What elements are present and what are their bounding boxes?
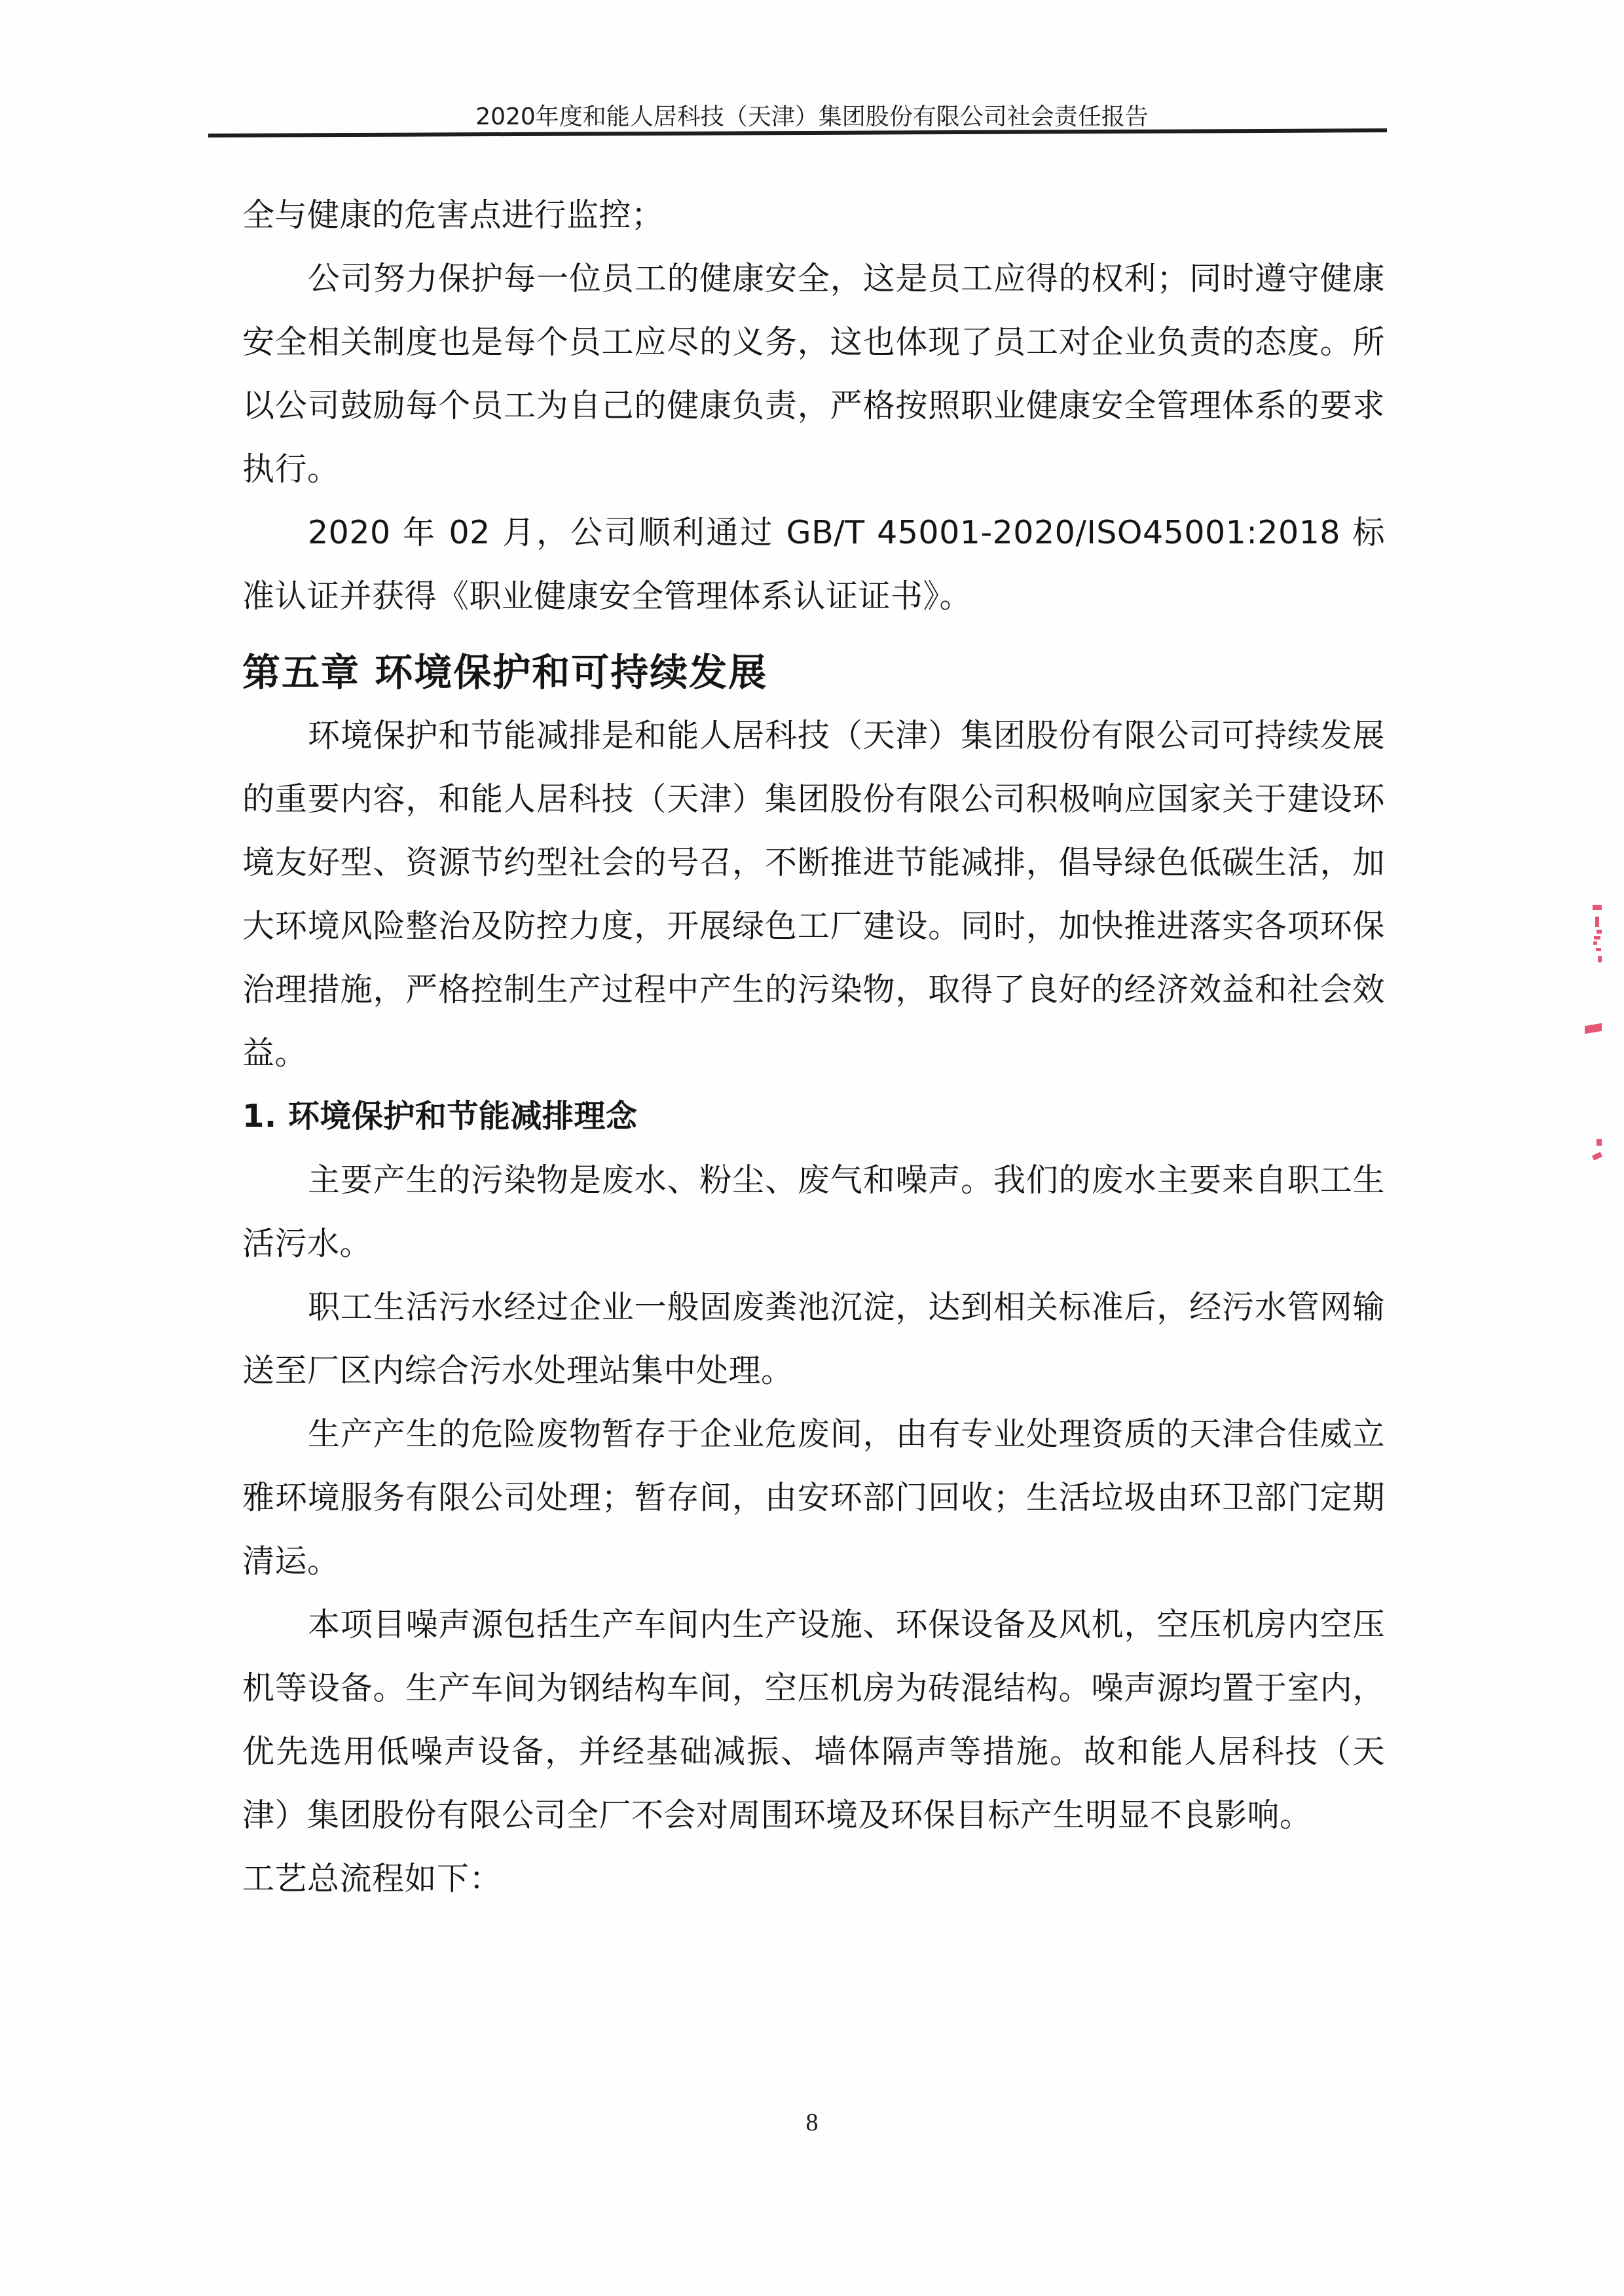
section-health-safety: 全与健康的危害点进行监控； 公司努力保护每一位员工的健康安全，这是员工应得的权利… (242, 183, 1385, 628)
paragraph-wastewater: 职工生活污水经过企业一般固废粪池沉淀，达到相关标准后，经污水管网输送至厂区内综合… (242, 1275, 1385, 1402)
paragraph-hazardous-waste: 生产产生的危险废物暂存于企业危废间，由有专业处理资质的天津合佳威立雅环境服务有限… (242, 1402, 1385, 1593)
page-number: 8 (806, 2108, 819, 2137)
section-environment: 环境保护和节能减排是和能人居科技（天津）集团股份有限公司可持续发展的重要内容，和… (242, 704, 1385, 1910)
paragraph-noise: 本项目噪声源包括生产车间内生产设施、环保设备及风机，空压机房内空压机等设备。生产… (242, 1593, 1385, 1847)
paragraph-pollutants: 主要产生的污染物是废水、粉尘、废气和噪声。我们的废水主要来自职工生活污水。 (242, 1148, 1385, 1275)
paragraph-environment-intro: 环境保护和节能减排是和能人居科技（天津）集团股份有限公司可持续发展的重要内容，和… (242, 704, 1385, 1085)
chapter-title: 第五章 环境保护和可持续发展 (242, 642, 767, 697)
subsection-title: 1. 环境保护和节能减排理念 (242, 1085, 1385, 1148)
paragraph-employee-health: 公司努力保护每一位员工的健康安全，这是员工应得的权利；同时遵守健康安全相关制度也… (242, 247, 1385, 501)
paragraph-hazard-monitoring: 全与健康的危害点进行监控； (242, 183, 1385, 247)
page-header-title: 2020年度和能人居科技（天津）集团股份有限公司社会责任报告 (242, 98, 1382, 132)
paragraph-process-flow-intro: 工艺总流程如下： (242, 1847, 1385, 1910)
paragraph-certification: 2020 年 02 月，公司顺利通过 GB/T 45001-2020/ISO45… (242, 501, 1385, 628)
